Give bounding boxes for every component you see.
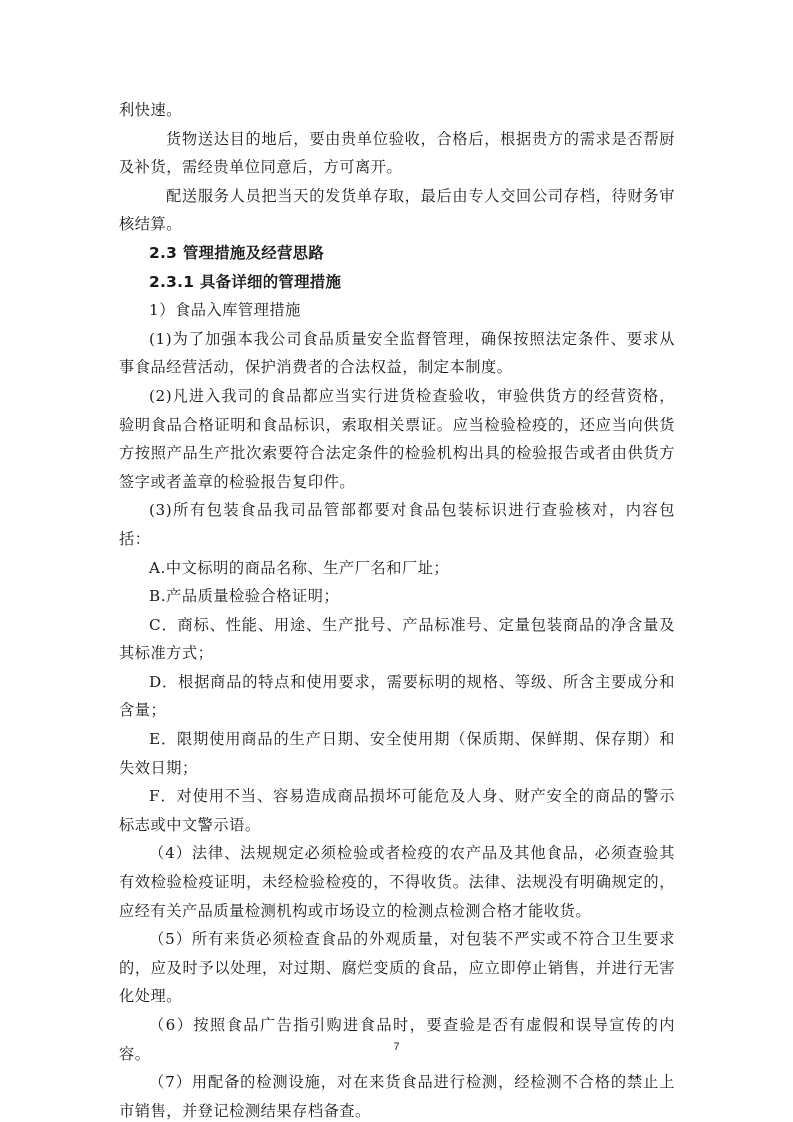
section-heading: 2.3 管理措施及经营思路: [119, 239, 675, 268]
list-item-3e: E．限期使用商品的生产日期、安全使用期（保质期、保鲜期、保存期）和失效日期；: [119, 725, 675, 782]
list-item-3d: D．根据商品的特点和使用要求，需要标明的规格、等级、所含主要成分和含量；: [119, 668, 675, 725]
list-item-4: （4）法律、法规规定必须检验或者检疫的农产品及其他食品，必须查验其有效检验检疫证…: [119, 839, 675, 925]
paragraph-delivery-records: 配送服务人员把当天的发货单存取，最后由专人交回公司存档，待财务审核结算。: [119, 182, 675, 239]
list-item-1: (1)为了加强本我公司食品质量安全监督管理，确保按照法定条件、要求从事食品经营活…: [119, 325, 675, 382]
list-item-5: （5）所有来货必须检查食品的外观质量，对包装不严实或不符合卫生要求的，应及时予以…: [119, 925, 675, 1011]
subsection-intro: 1）食品入库管理措施: [119, 296, 675, 325]
paragraph-continuation: 利快速。: [119, 96, 675, 125]
document-page: 利快速。 货物送达目的地后，要由贵单位验收，合格后，根据贵方的需求是否帮厨及补货…: [119, 96, 675, 1122]
page-number: 7: [0, 1041, 793, 1053]
list-item-2: (2)凡进入我司的食品都应当实行进货检查验收，审验供货方的经营资格，验明食品合格…: [119, 382, 675, 496]
list-item-3: (3)所有包装食品我司品管部都要对食品包装标识进行查验核对，内容包括：: [119, 496, 675, 553]
subsection-heading: 2.3.1 具备详细的管理措施: [119, 268, 675, 297]
list-item-6: （6）按照食品广告指引购进食品时，要查验是否有虚假和误导宣传的内容。: [119, 1011, 675, 1068]
list-item-3b: B.产品质量检验合格证明；: [119, 582, 675, 611]
list-item-3a: A.中文标明的商品名称、生产厂名和厂址；: [119, 554, 675, 583]
list-item-7: （7）用配备的检测设施，对在来货食品进行检测，经检测不合格的禁止上市销售，并登记…: [119, 1068, 675, 1122]
paragraph-delivery-acceptance: 货物送达目的地后，要由贵单位验收，合格后，根据贵方的需求是否帮厨及补货，需经贵单…: [119, 125, 675, 182]
list-item-3f: F．对使用不当、容易造成商品损坏可能危及人身、财产安全的商品的警示标志或中文警示…: [119, 782, 675, 839]
list-item-3c: C．商标、性能、用途、生产批号、产品标准号、定量包装商品的净含量及其标准方式；: [119, 611, 675, 668]
